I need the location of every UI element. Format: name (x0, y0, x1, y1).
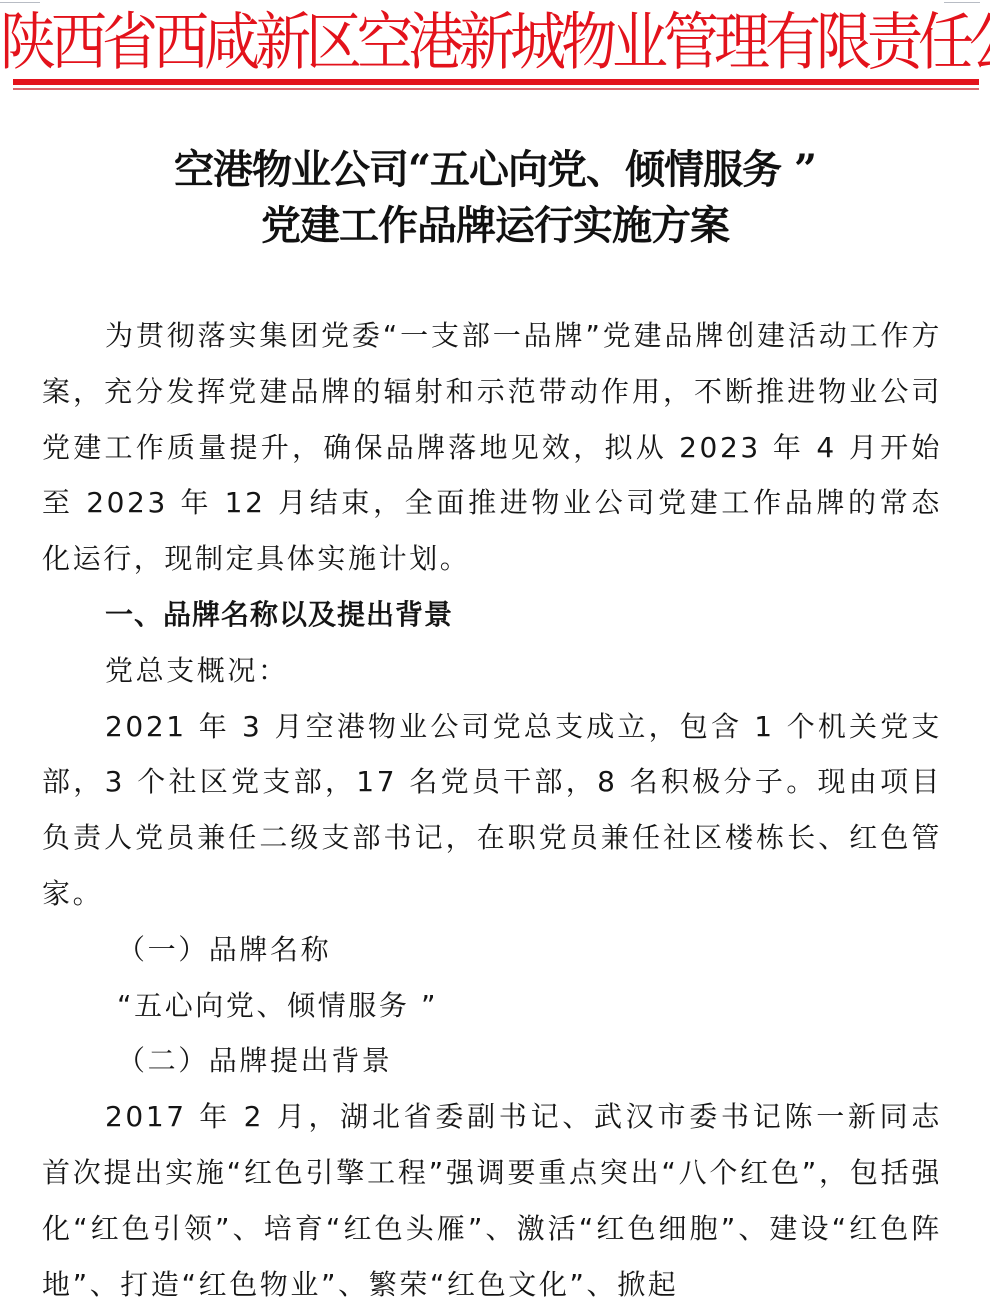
letterhead-red-rule (13, 79, 979, 85)
subsection2-heading: （二）品牌提出背景 (42, 1033, 942, 1089)
background-paragraph: 2017 年 2 月，湖北省委副书记、武汉市委书记陈一新同志首次提出实施“红色引… (42, 1089, 942, 1312)
intro-paragraph: 为贯彻落实集团党委“一支部一品牌”党建品牌创建活动工作方案，充分发挥党建品牌的辐… (42, 308, 942, 587)
subsection1-heading: （一）品牌名称 (42, 922, 942, 978)
letterhead-red-rule-thin (13, 88, 979, 90)
overview-paragraph: 2021 年 3 月空港物业公司党总支成立，包含 1 个机关党支部，3 个社区党… (42, 699, 942, 922)
section1-heading: 一、品牌名称以及提出背景 (42, 587, 942, 643)
document-title-line2: 党建工作品牌运行实施方案 (0, 194, 990, 251)
letterhead-company-name: 陕西省西咸新区空港新城物业管理有限责任公司 (0, 4, 990, 82)
document-body: 为贯彻落实集团党委“一支部一品牌”党建品牌创建活动工作方案，充分发挥党建品牌的辐… (42, 308, 942, 1312)
document-title-line1: 空港物业公司“五心向党、倾情服务 ” (0, 138, 990, 195)
overview-label: 党总支概况： (42, 643, 942, 699)
brand-name: “五心向党、倾情服务 ” (42, 978, 942, 1034)
